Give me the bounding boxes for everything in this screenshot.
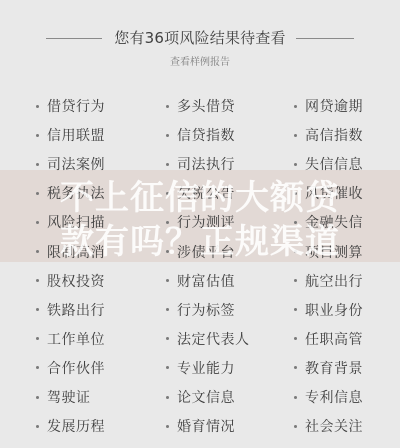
risk-item: 职业身份: [294, 296, 363, 324]
bullet-icon: [294, 105, 297, 108]
risk-item: 任职高管: [294, 325, 363, 353]
bullet-icon: [294, 396, 297, 399]
risk-item: 信用联盟: [36, 121, 105, 149]
headline-line-1: 不上征信的大额贷: [0, 176, 400, 220]
risk-item: 网贷逾期: [294, 92, 363, 120]
risk-item: 借贷行为: [36, 92, 105, 120]
bullet-icon: [36, 279, 39, 282]
risk-item: 航空出行: [294, 267, 363, 295]
risk-item-label: 财富估值: [177, 271, 235, 291]
bullet-icon: [294, 163, 297, 166]
bullet-icon: [294, 337, 297, 340]
bullet-icon: [36, 366, 39, 369]
risk-item-label: 婚育情况: [177, 416, 235, 436]
risk-item: 教育背景: [294, 354, 363, 382]
risk-item-label: 高信指数: [305, 125, 363, 145]
bullet-icon: [36, 308, 39, 311]
risk-item: 专业能力: [166, 354, 235, 382]
bullet-icon: [166, 163, 169, 166]
risk-item-label: 法定代表人: [177, 329, 250, 349]
risk-items-row: 驾驶证论文信息专利信息: [0, 383, 400, 411]
header-divider-right: [296, 38, 354, 39]
risk-item: 论文信息: [166, 383, 235, 411]
risk-item-label: 司法执行: [177, 154, 235, 174]
bullet-icon: [294, 308, 297, 311]
bullet-icon: [294, 279, 297, 282]
risk-item: 司法执行: [166, 150, 235, 178]
risk-item-label: 职业身份: [305, 300, 363, 320]
risk-item-label: 司法案例: [47, 154, 105, 174]
risk-item: 工作单位: [36, 325, 105, 353]
risk-items-row: 工作单位法定代表人任职高管: [0, 325, 400, 353]
risk-item-label: 失信信息: [305, 154, 363, 174]
risk-item: 司法案例: [36, 150, 105, 178]
risk-item-label: 论文信息: [177, 387, 235, 407]
bullet-icon: [36, 134, 39, 137]
risk-item-label: 社会关注: [305, 416, 363, 436]
risk-item: 行为标签: [166, 296, 235, 324]
risk-item: 财富估值: [166, 267, 235, 295]
bullet-icon: [294, 134, 297, 137]
bullet-icon: [294, 366, 297, 369]
risk-item: 信贷指数: [166, 121, 235, 149]
risk-item-label: 合作伙伴: [47, 358, 105, 378]
risk-item-label: 教育背景: [305, 358, 363, 378]
risk-item-label: 信贷指数: [177, 125, 235, 145]
bullet-icon: [36, 163, 39, 166]
risk-item: 驾驶证: [36, 383, 91, 411]
bullet-icon: [36, 396, 39, 399]
risk-item-label: 股权投资: [47, 271, 105, 291]
bullet-icon: [166, 279, 169, 282]
risk-item: 专利信息: [294, 383, 363, 411]
bullet-icon: [166, 105, 169, 108]
risk-items-row: 股权投资财富估值航空出行: [0, 267, 400, 295]
risk-items-row: 发展历程婚育情况社会关注: [0, 412, 400, 440]
risk-item-label: 行为标签: [177, 300, 235, 320]
bullet-icon: [166, 425, 169, 428]
risk-item-label: 专业能力: [177, 358, 235, 378]
risk-item: 失信信息: [294, 150, 363, 178]
bullet-icon: [36, 105, 39, 108]
risk-item-label: 借贷行为: [47, 96, 105, 116]
risk-item-label: 网贷逾期: [305, 96, 363, 116]
risk-item: 婚育情况: [166, 412, 235, 440]
section-header: 您有36项风险结果待查看: [0, 26, 400, 50]
bullet-icon: [166, 308, 169, 311]
bullet-icon: [166, 396, 169, 399]
bullet-icon: [166, 366, 169, 369]
risk-item: 铁路出行: [36, 296, 105, 324]
risk-item: 多头借贷: [166, 92, 235, 120]
risk-item: 高信指数: [294, 121, 363, 149]
risk-item-label: 信用联盟: [47, 125, 105, 145]
bullet-icon: [36, 425, 39, 428]
risk-item: 法定代表人: [166, 325, 250, 353]
risk-item-label: 专利信息: [305, 387, 363, 407]
risk-item: 发展历程: [36, 412, 105, 440]
risk-item: 社会关注: [294, 412, 363, 440]
risk-item-label: 航空出行: [305, 271, 363, 291]
risk-item-label: 多头借贷: [177, 96, 235, 116]
risk-item: 股权投资: [36, 267, 105, 295]
risk-items-row: 信用联盟信贷指数高信指数: [0, 121, 400, 149]
bullet-icon: [166, 134, 169, 137]
risk-item-label: 工作单位: [47, 329, 105, 349]
risk-item-label: 驾驶证: [47, 387, 91, 407]
view-sample-report-link[interactable]: 查看样例报告: [0, 56, 400, 70]
headline-line-2: 款有吗？正规渠道: [0, 220, 400, 264]
risk-item: 合作伙伴: [36, 354, 105, 382]
header-divider-left: [46, 38, 102, 39]
risk-items-row: 铁路出行行为标签职业身份: [0, 296, 400, 324]
headline-overlay: 不上征信的大额贷 款有吗？正规渠道: [0, 176, 400, 264]
risk-items-row: 借贷行为多头借贷网贷逾期: [0, 92, 400, 120]
risk-item-label: 铁路出行: [47, 300, 105, 320]
risk-items-row: 合作伙伴专业能力教育背景: [0, 354, 400, 382]
bullet-icon: [294, 425, 297, 428]
bullet-icon: [36, 337, 39, 340]
bullet-icon: [166, 337, 169, 340]
risk-item-label: 发展历程: [47, 416, 105, 436]
risk-count-title: 您有36项风险结果待查看: [108, 26, 292, 50]
risk-item-label: 任职高管: [305, 329, 363, 349]
risk-items-row: 司法案例司法执行失信信息: [0, 150, 400, 178]
